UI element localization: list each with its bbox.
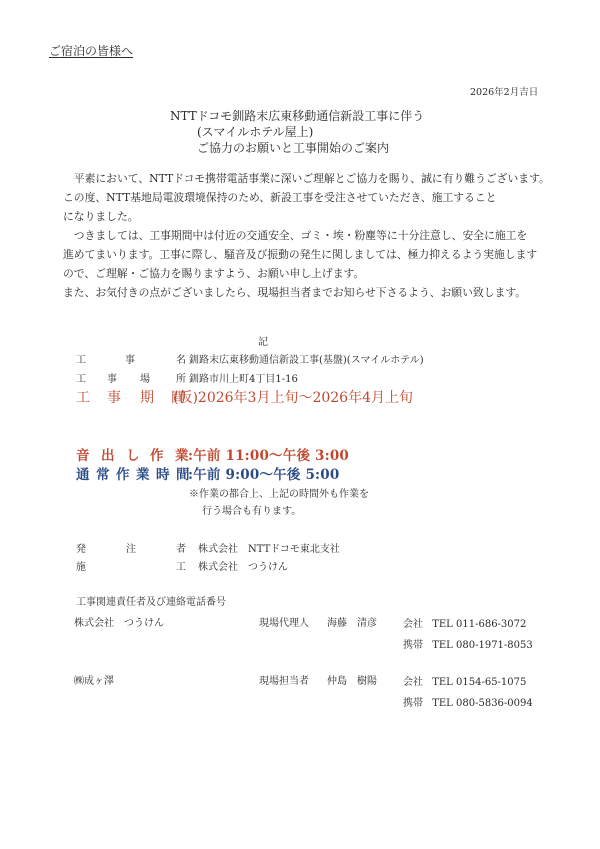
contact-phone-company: 会社 TEL 0154-65-1075 (403, 673, 526, 688)
body-line: また、お気付きの点がございましたら、現場担当者までお知らせ下さるよう、お願い致し… (63, 283, 550, 302)
body-line: 進めてまいります。工事に際し、騒音及び振動の発生に関しましては、極力抑えるよう実… (63, 245, 550, 264)
ki-heading: 記 (258, 333, 268, 348)
body-line: つきましては、工事期間中は付近の交通安全、ゴミ・埃・粉塵等に十分注意し、安全に施… (63, 226, 550, 245)
contacts-heading: 工事関連責任者及び連絡電話番号 (76, 593, 226, 608)
contractor-value: 株式会社 つうけん (198, 558, 288, 573)
contact-company: 株式会社 つうけん (74, 614, 164, 629)
title-line-2: (スマイルホテル屋上) (197, 123, 313, 140)
contact-phone-company: 会社 TEL 011-686-3072 (403, 615, 526, 630)
noisy-work-hours: :午前 11:00～午後 3:00 (188, 444, 349, 464)
body-line: 平素において、NTTドコモ携帯電話事業に深いご理解とご協力を賜り、誠に有り難うご… (63, 169, 550, 188)
body-line: ので、ご理解・ご協力を賜りますよう、お願い申し上げます。 (63, 264, 550, 283)
orderer-value: 株式会社 NTTドコモ東北支社 (198, 540, 340, 555)
contact-role: 現場担当者 (259, 672, 309, 687)
title-line-3: ご協力のお願いと工事開始のご案内 (197, 139, 389, 156)
contact-phone-mobile: 携帯 TEL 080-1971-8053 (403, 636, 533, 651)
contact-company: ㈱成ヶ澤 (74, 672, 114, 687)
addressee: ご宿泊の皆様へ (49, 42, 133, 59)
location-value: 釧路市川上町4丁目1-16 (189, 370, 298, 385)
body-line: この度、NTT基地局電波環境保持のため、新設工事を受注させていただき、施工するこ… (63, 188, 550, 207)
body-line: になりました。 (63, 207, 550, 226)
normal-work-hours: :午前 9:00～午後 5:00 (188, 463, 339, 483)
contact-phone-mobile: 携帯 TEL 080-5836-0094 (403, 694, 533, 709)
contact-name: 海藤 清彦 (327, 614, 377, 629)
contact-role: 現場代理人 (259, 614, 309, 629)
hours-note-line-1: ※作業の都合上、上記の時間外も作業を (189, 485, 369, 500)
body-paragraph: 平素において、NTTドコモ携帯電話事業に深いご理解とご協力を賜り、誠に有り難うご… (63, 169, 550, 302)
period-value: (仮)2026年3月上旬～2026年4月上旬 (173, 387, 413, 407)
date: 2026年2月吉日 (470, 84, 538, 98)
construction-name-value: 釧路末広東移動通信新設工事(基盤)(スマイルホテル) (189, 351, 424, 366)
hours-note-line-2: 行う場合も有ります。 (202, 502, 301, 517)
contact-name: 仲島 樹陽 (327, 672, 377, 687)
title-line-1: NTTドコモ釧路末広東移動通信新設工事に伴う (170, 107, 424, 124)
